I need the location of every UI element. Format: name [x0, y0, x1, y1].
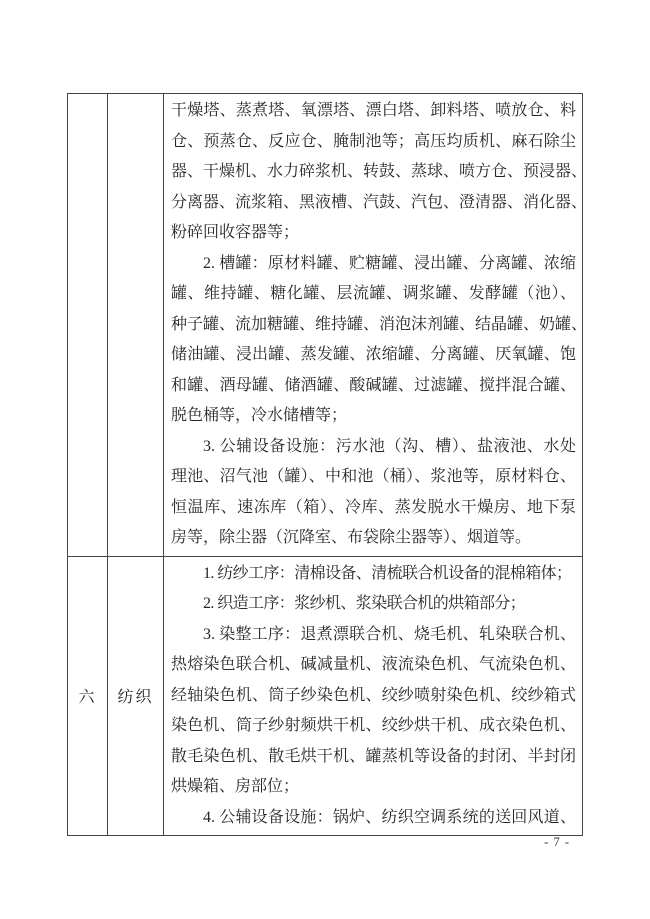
- page-number: - 7 -: [544, 835, 570, 850]
- text-line: 储油罐、浸出罐、蒸发罐、浓缩罐、分离罐、厌氧罐、饱: [171, 340, 576, 371]
- text-line: 粉碎回收容器等；: [171, 218, 576, 249]
- text-line: 器、干燥机、水力碎浆机、转鼓、蒸球、喷方仓、预浸器、: [171, 157, 576, 188]
- text-line: 干燥塔、蒸煮塔、氧漂塔、漂白塔、卸料塔、喷放仓、料: [171, 96, 576, 127]
- text-line: 脱色桶等，冷水储槽等；: [171, 401, 576, 432]
- table-row: 干燥塔、蒸煮塔、氧漂塔、漂白塔、卸料塔、喷放仓、料仓、预蒸仓、反应仓、腌制池等；…: [68, 94, 583, 557]
- text-line: 散毛染色机、散毛烘干机、罐蒸机等设备的封闭、半封闭: [171, 742, 576, 773]
- document-page: 干燥塔、蒸煮塔、氧漂塔、漂白塔、卸料塔、喷放仓、料仓、预蒸仓、反应仓、腌制池等；…: [0, 0, 650, 919]
- equipment-table-body: 干燥塔、蒸煮塔、氧漂塔、漂白塔、卸料塔、喷放仓、料仓、预蒸仓、反应仓、腌制池等；…: [68, 94, 583, 836]
- text-line: 烘燥箱、房部位；: [171, 772, 576, 803]
- text-line: 染色机、筒子纱射频烘干机、绞纱烘干机、成衣染色机、: [171, 711, 576, 742]
- text-line: 3. 染整工序：退煮漂联合机、烧毛机、轧染联合机、: [171, 620, 576, 651]
- text-line: 和罐、酒母罐、储酒罐、酸碱罐、过滤罐、搅拌混合罐、: [171, 371, 576, 402]
- row-category-cell: [108, 94, 164, 557]
- text-line: 分离器、流浆箱、黑液槽、汽鼓、汽包、澄清器、消化器、: [171, 188, 576, 219]
- text-line: 1. 纺纱工序：清棉设备、清梳联合机设备的混棉箱体；: [171, 559, 576, 590]
- text-line: 罐、维持罐、糖化罐、层流罐、调浆罐、发酵罐（池）、: [171, 279, 576, 310]
- row-index-cell: [68, 94, 108, 557]
- text-line: 仓、预蒸仓、反应仓、腌制池等；高压均质机、麻石除尘: [171, 127, 576, 158]
- row-index-cell: 六: [68, 556, 108, 836]
- text-line: 热熔染色联合机、碱减量机、液流染色机、气流染色机、: [171, 650, 576, 681]
- row-content-cell: 1. 纺纱工序：清棉设备、清梳联合机设备的混棉箱体；2. 织造工序：浆纱机、浆染…: [164, 556, 583, 836]
- text-line: 房等，除尘器（沉降室、布袋除尘器等）、烟道等。: [171, 523, 576, 554]
- text-line: 种子罐、流加糖罐、维持罐、消泡沫剂罐、结晶罐、奶罐、: [171, 310, 576, 341]
- text-line: 理池、沼气池（罐）、中和池（桶）、浆池等，原材料仓、: [171, 462, 576, 493]
- text-line: 2. 织造工序：浆纱机、浆染联合机的烘箱部分；: [171, 589, 576, 620]
- text-line: 4. 公辅设备设施：锅炉、纺织空调系统的送回风道、: [171, 803, 576, 834]
- text-line: 2. 槽罐：原材料罐、贮糖罐、浸出罐、分离罐、浓缩: [171, 249, 576, 280]
- table-row: 六纺织1. 纺纱工序：清棉设备、清梳联合机设备的混棉箱体；2. 织造工序：浆纱机…: [68, 556, 583, 836]
- text-line: 恒温库、速冻库（箱）、冷库、蒸发脱水干燥房、地下泵: [171, 493, 576, 524]
- row-category-cell: 纺织: [108, 556, 164, 836]
- row-content-cell: 干燥塔、蒸煮塔、氧漂塔、漂白塔、卸料塔、喷放仓、料仓、预蒸仓、反应仓、腌制池等；…: [164, 94, 583, 557]
- text-line: 3. 公辅设备设施：污水池（沟、槽）、盐液池、水处: [171, 432, 576, 463]
- text-line: 经轴染色机、筒子纱染色机、绞纱喷射染色机、绞纱箱式: [171, 681, 576, 712]
- equipment-table: 干燥塔、蒸煮塔、氧漂塔、漂白塔、卸料塔、喷放仓、料仓、预蒸仓、反应仓、腌制池等；…: [67, 93, 583, 836]
